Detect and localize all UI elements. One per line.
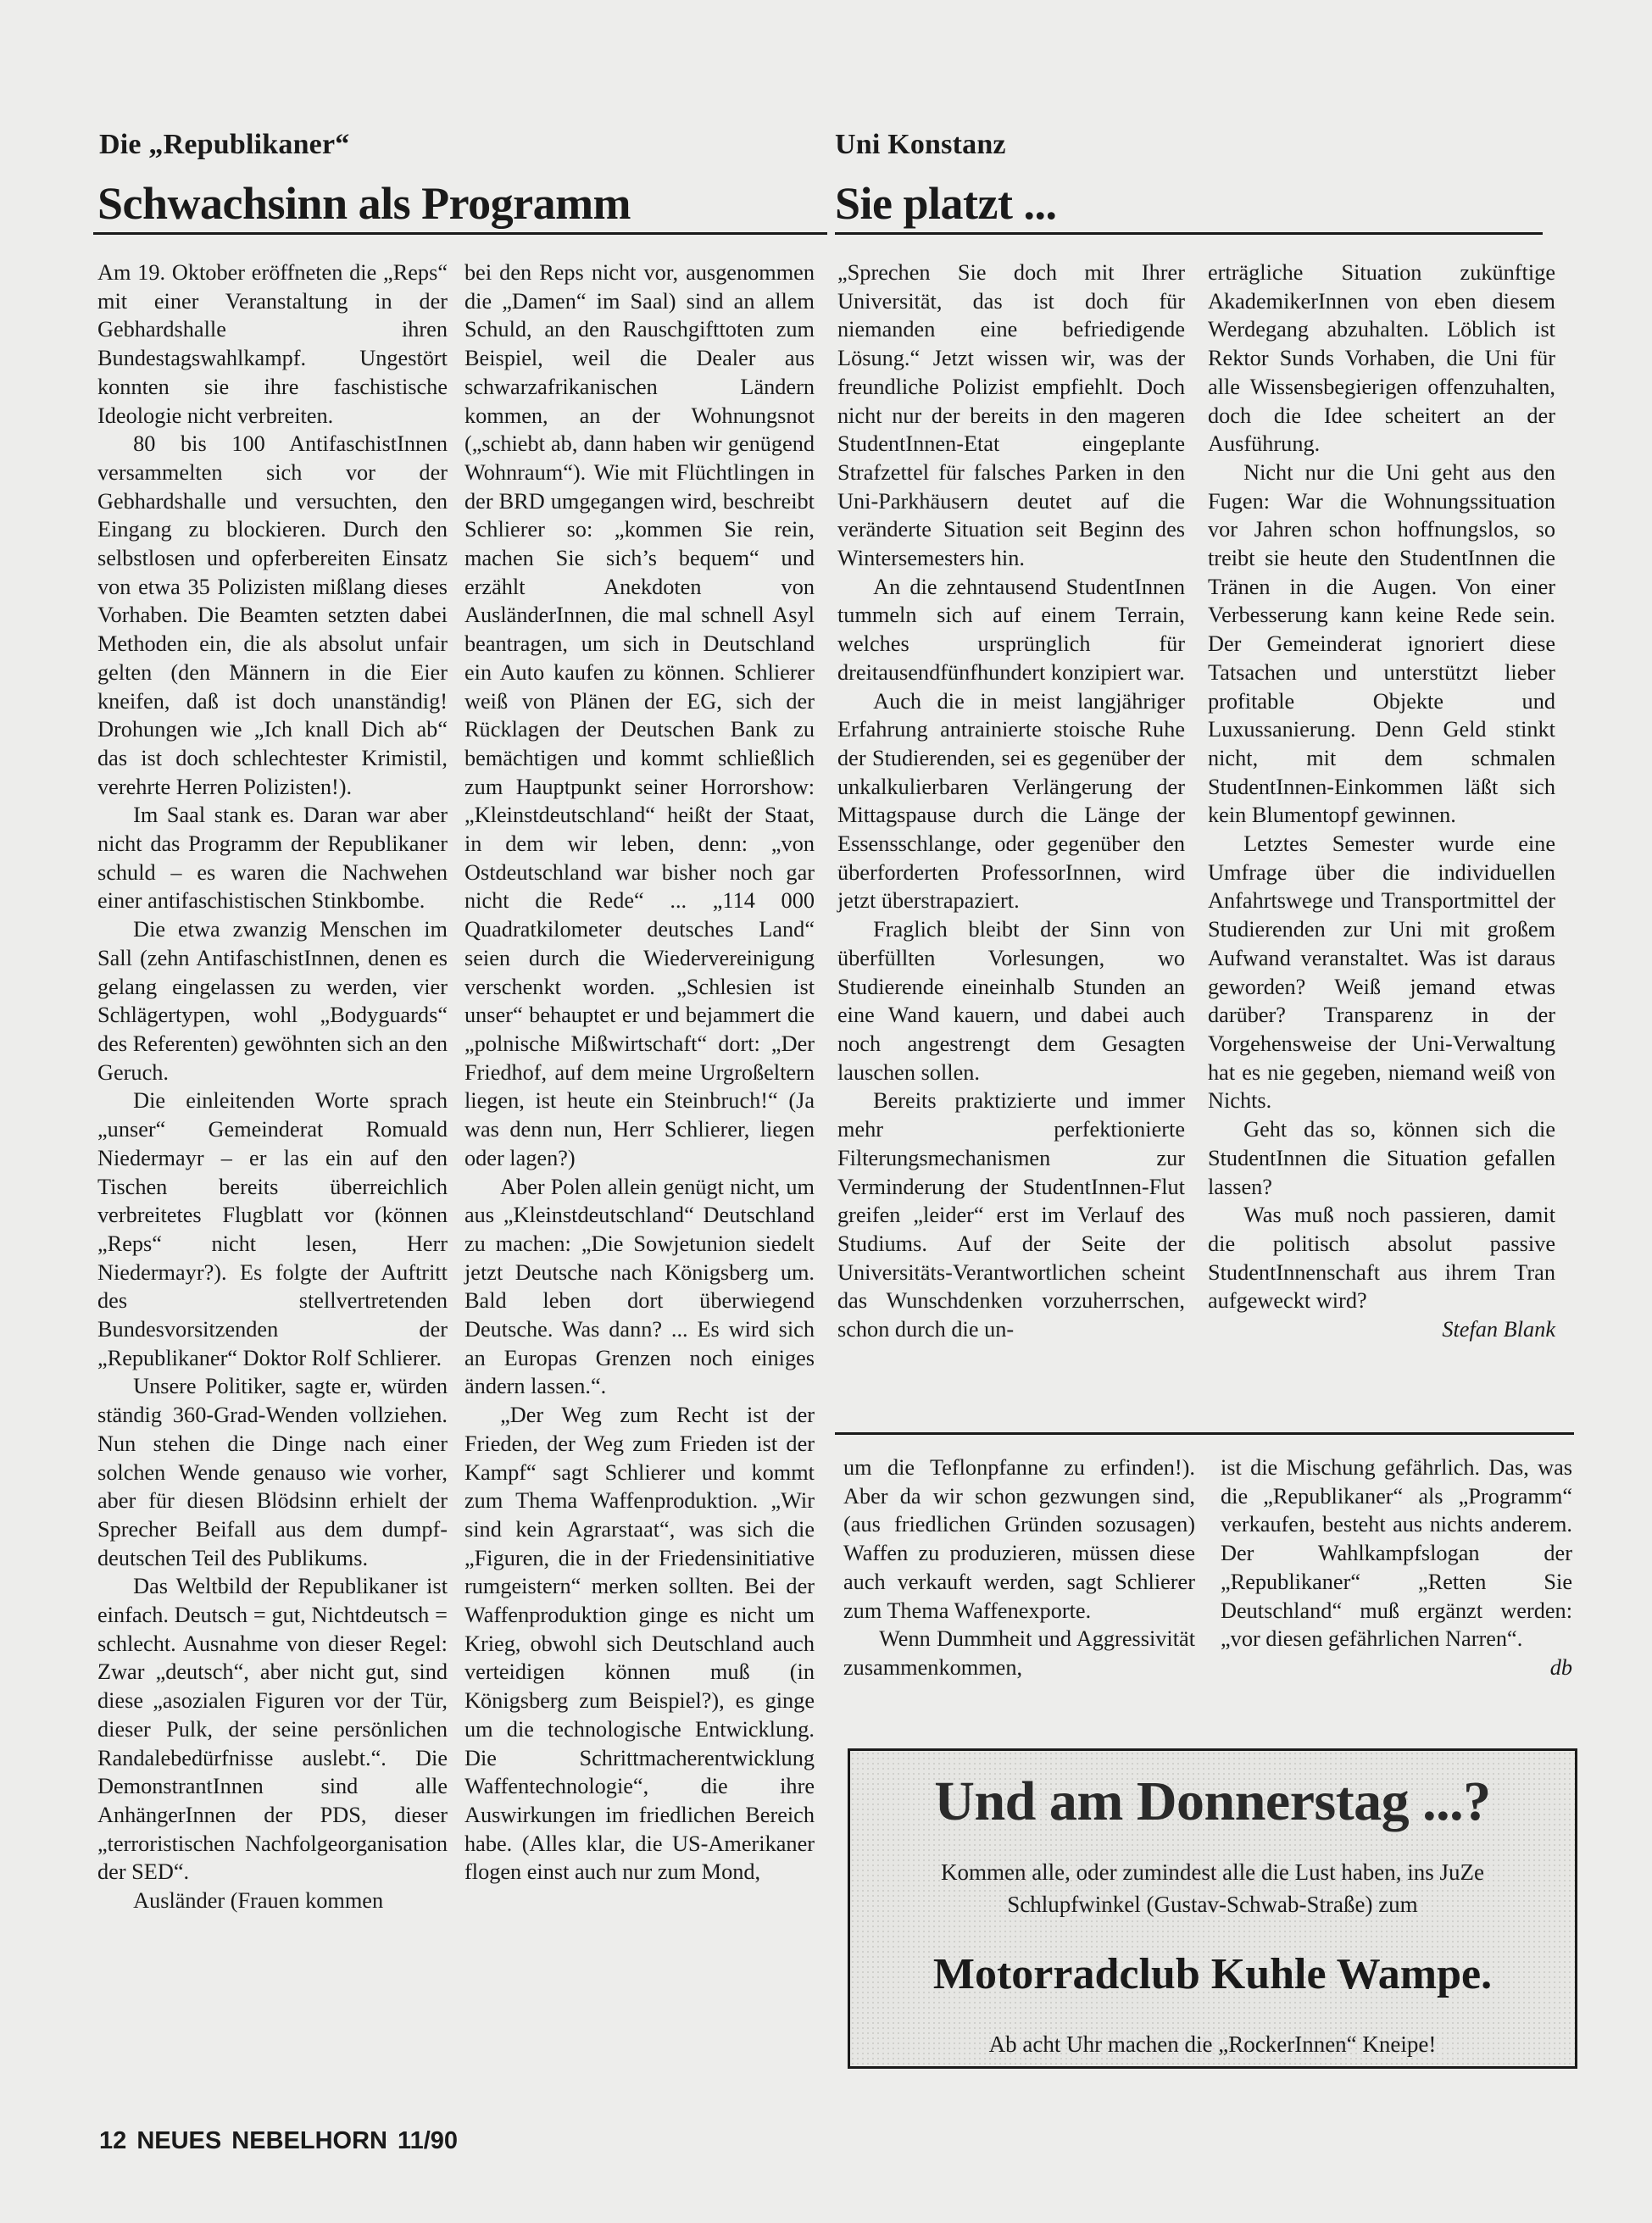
paragraph: Was muß noch passieren, damit die politi… [1208,1201,1555,1315]
article-left-column-2: bei den Reps nicht vor, ausgenommen die … [464,258,815,1887]
paragraph: Im Saal stank es. Daran war aber nicht d… [97,801,448,915]
paragraph: „Der Weg zum Recht ist der Frieden, der … [464,1401,815,1887]
article-right-column-2: erträgliche Situation zukünftige Akademi… [1208,258,1555,1344]
paragraph: Die einleitenden Worte sprach „unser“ Ge… [97,1086,448,1372]
paragraph: Aber Polen allein genügt nicht, um aus „… [464,1173,815,1402]
author-signature: Stefan Blank [1208,1315,1555,1344]
article-headline-left: Schwachsinn als Programm [97,181,631,226]
paragraph: ist die Mischung gefährlich. Das, was di… [1221,1453,1572,1653]
article-headline-right: Sie platzt ... [835,181,1056,226]
issue-number: 11/90 [398,2127,458,2154]
ad-text: Kommen alle, oder zumindest alle die Lus… [850,1856,1575,1920]
paragraph: Unsere Politiker, sagte er, würden ständ… [97,1372,448,1572]
article-kicker-left: Die „Republikaner“ [99,129,349,161]
paragraph: Letztes Semester wurde eine Umfrage über… [1208,830,1555,1115]
paragraph: Wenn Dummheit und Aggressivität zusammen… [843,1625,1195,1681]
ad-text-line: Schlupfwinkel (Gustav-Schwab-Straße) zum [850,1888,1575,1920]
paragraph: Am 19. Oktober eröffneten die „Reps“ mit… [97,258,448,430]
newspaper-page: Die „Republikaner“ Schwachsinn als Progr… [0,0,1652,2223]
article-kicker-right: Uni Konstanz [835,129,1006,161]
paragraph: „Sprechen Sie doch mit Ihrer Universität… [837,258,1185,573]
paragraph: Die etwa zwanzig Menschen im Sall (zehn … [97,915,448,1086]
ad-title: Und am Donnerstag ...? [850,1770,1575,1834]
paragraph: An die zehntausend StudentInnen tummeln … [837,573,1185,687]
event-advertisement-box: Und am Donnerstag ...? Kommen alle, oder… [848,1748,1577,2069]
article-separator-rule [835,1432,1574,1435]
ad-club-name: Motorradclub Kuhle Wampe. [850,1949,1575,1999]
publication-name: NEUES NEBELHORN [136,2127,387,2154]
paragraph: um die Teflonpfanne zu erfinden!). Aber … [843,1453,1195,1625]
headline-rule-right [835,232,1543,235]
article-left-column-1: Am 19. Oktober eröffneten die „Reps“ mit… [97,258,448,1915]
paragraph: Auch die in meist langjähriger Erfahrung… [837,687,1185,916]
paragraph: erträgliche Situation zukünftige Akademi… [1208,258,1555,458]
headline-rule-left [93,232,827,235]
paragraph: Das Weltbild der Republikaner ist einfac… [97,1572,448,1887]
paragraph: Fraglich bleibt der Sinn von überfüllten… [837,915,1185,1086]
page-number: 12 [99,2127,126,2154]
author-signature: db [1221,1653,1572,1682]
ad-text-line: Kommen alle, oder zumindest alle die Lus… [850,1856,1575,1888]
paragraph: Nicht nur die Uni geht aus den Fugen: Wa… [1208,458,1555,830]
paragraph: Geht das so, können sich die StudentInne… [1208,1115,1555,1201]
article-right-column-1: „Sprechen Sie doch mit Ihrer Universität… [837,258,1185,1344]
article-left-column-3: um die Teflonpfanne zu erfinden!). Aber … [843,1453,1195,1682]
paragraph: Bereits praktizierte und immer mehr perf… [837,1086,1185,1343]
page-footer: 12 NEUES NEBELHORN 11/90 [99,2127,458,2155]
ad-footer-text: Ab acht Uhr machen die „RockerInnen“ Kne… [850,2031,1575,2058]
paragraph: 80 bis 100 AntifaschistInnen versammelte… [97,430,448,801]
paragraph: Ausländer (Frauen kommen [97,1887,448,1915]
article-left-column-4: ist die Mischung gefährlich. Das, was di… [1221,1453,1572,1682]
paragraph: bei den Reps nicht vor, ausgenommen die … [464,258,815,1173]
